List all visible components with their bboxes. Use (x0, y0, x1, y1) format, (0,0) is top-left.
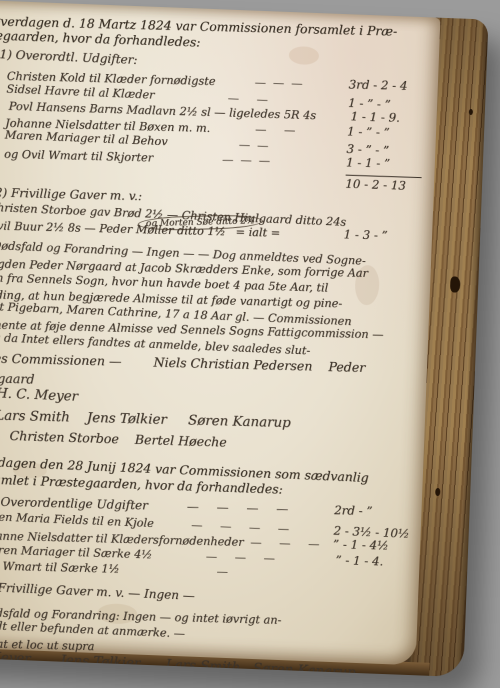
photo-background: Løverdagen d. 18 Martz 1824 var Commissi… (0, 0, 500, 688)
amount-value: 1 - 3 - ” (343, 227, 419, 244)
ialt-label: = ialt = (235, 226, 280, 242)
expense-text: Ovil Wmart til Særke 1½ (0, 559, 120, 577)
amount-value: 1 - 1 - ” (346, 155, 422, 172)
book: Løverdagen d. 18 Martz 1824 var Commissi… (0, 0, 488, 677)
amount-value: 3rd - 2 - 4 (349, 77, 425, 94)
amount-value: ” - 1 - 4. (335, 553, 411, 570)
fore-edge-dark-speck (435, 488, 440, 496)
fore-edge-dark-speck (469, 109, 473, 115)
amount-value: 1 - ” - ” (347, 124, 423, 141)
amount-value (332, 578, 408, 580)
sum-total-value: 10 - 2 - 13 (345, 174, 422, 193)
manuscript-page: Løverdagen d. 18 Martz 1824 var Commissi… (0, 0, 440, 665)
amount-value: 2rd - ” (334, 503, 410, 520)
dash-leader: — — — — (148, 499, 335, 518)
amount-value: ” - 1 - 4½ (333, 537, 409, 554)
expense-text: Karen Maria Fields til en Kjole (0, 510, 154, 532)
dash-leader (316, 119, 351, 120)
manuscript-text: Løverdagen d. 18 Martz 1824 var Commissi… (0, 11, 427, 658)
fore-edge-dark-speck (450, 276, 461, 292)
book-block: Løverdagen d. 18 Martz 1824 var Commissi… (0, 0, 488, 677)
